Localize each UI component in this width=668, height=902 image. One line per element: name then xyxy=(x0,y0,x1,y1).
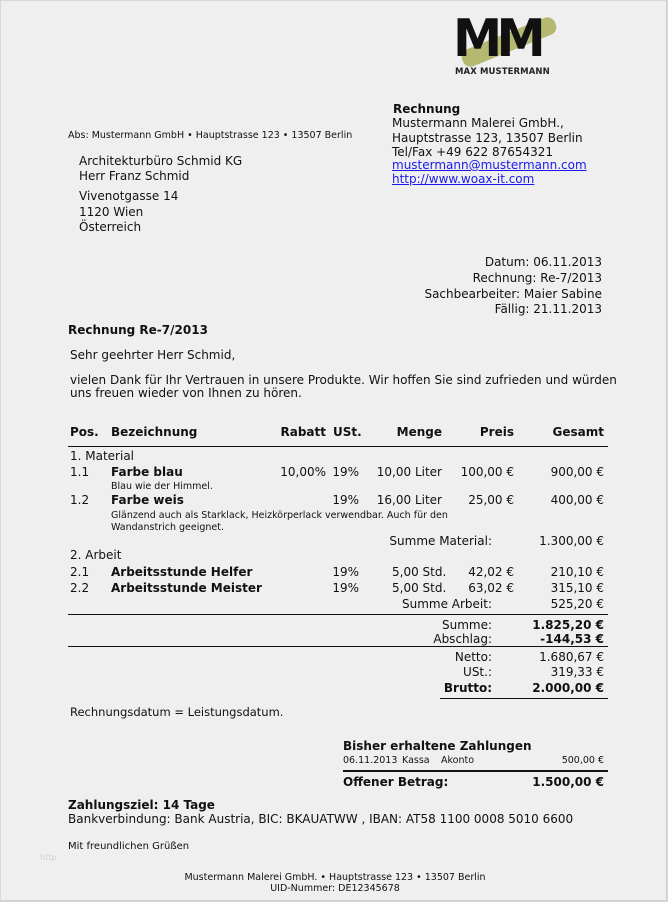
row-vat: 19% xyxy=(332,493,359,507)
logo-initials: MM xyxy=(453,9,540,69)
vat-label: USt.: xyxy=(463,665,492,679)
recipient-street: Vivenotgasse 14 xyxy=(79,189,178,203)
row-note: Blau wie der Himmel. xyxy=(111,481,213,492)
row-name: Farbe weis xyxy=(111,493,184,507)
header-pos: Pos. xyxy=(70,425,99,439)
subtotal-material-label: Summe Material: xyxy=(389,534,492,548)
row-quantity: 10,00 Liter xyxy=(377,465,442,479)
recipient-person: Herr Franz Schmid xyxy=(79,169,189,183)
discount-value: -144,53 € xyxy=(540,632,604,646)
payment-terms: Zahlungsziel: 14 Tage xyxy=(68,798,215,812)
row-quantity: 5,00 Std. xyxy=(392,581,446,595)
row-total: 400,00 € xyxy=(551,493,604,507)
header-vat: USt. xyxy=(333,425,362,439)
meta-invoice-number: Rechnung: Re-7/2013 xyxy=(473,271,602,285)
payment-amount: 500,00 € xyxy=(562,755,604,766)
subtotal-labor-label: Summe Arbeit: xyxy=(402,597,492,611)
open-amount-label: Offener Betrag: xyxy=(343,775,448,789)
row-name: Arbeitsstunde Helfer xyxy=(111,565,252,579)
issuer-website-link[interactable]: http://www.woax-it.com xyxy=(392,172,534,186)
footer-company-line: Mustermann Malerei GmbH. • Hauptstrasse … xyxy=(1,872,668,883)
intro-text-line-1: vielen Dank für Ihr Vertrauen in unsere … xyxy=(70,373,617,387)
row-note-continued: Wandanstrich geeignet. xyxy=(111,522,224,533)
row-vat: 19% xyxy=(332,565,359,579)
payments-heading: Bisher erhaltene Zahlungen xyxy=(343,739,532,753)
row-name: Farbe blau xyxy=(111,465,183,479)
issuer-phone: Tel/Fax +49 622 87654321 xyxy=(392,145,553,159)
gross-underline xyxy=(440,698,608,699)
table-end-divider xyxy=(68,614,608,615)
row-price: 100,00 € xyxy=(461,465,514,479)
row-pos: 1.1 xyxy=(70,465,89,479)
meta-date: Datum: 06.11.2013 xyxy=(485,255,602,269)
row-vat: 19% xyxy=(332,465,359,479)
invoice-title: Rechnung Re-7/2013 xyxy=(68,323,208,337)
subtotal-material-value: 1.300,00 € xyxy=(539,534,604,548)
issuer-heading: Rechnung xyxy=(393,102,460,116)
row-quantity: 16,00 Liter xyxy=(377,493,442,507)
header-total: Gesamt xyxy=(553,425,604,439)
meta-clerk: Sachbearbeiter: Maier Sabine xyxy=(424,287,602,301)
group-title-labor: 2. Arbeit xyxy=(70,548,121,562)
logo-name: MAX MUSTERMANN xyxy=(455,67,550,77)
bank-details: Bankverbindung: Bank Austria, BIC: BKAUA… xyxy=(68,812,573,826)
row-total: 900,00 € xyxy=(551,465,604,479)
recipient-country: Österreich xyxy=(79,220,141,234)
subtotal-labor-value: 525,20 € xyxy=(551,597,604,611)
header-description: Bezeichnung xyxy=(111,425,197,439)
payment-date: 06.11.2013 xyxy=(343,755,397,766)
row-price: 42,02 € xyxy=(468,565,514,579)
net-label: Netto: xyxy=(455,650,492,664)
discount-label: Abschlag: xyxy=(433,632,492,646)
row-price: 25,00 € xyxy=(468,493,514,507)
invoice-note: Rechnungsdatum = Leistungsdatum. xyxy=(70,705,283,719)
recipient-company: Architekturbüro Schmid KG xyxy=(79,154,242,168)
greeting: Sehr geehrter Herr Schmid, xyxy=(70,348,235,362)
closing-greeting: Mit freundlichen Grüßen xyxy=(68,841,189,852)
net-value: 1.680,67 € xyxy=(539,650,604,664)
issuer-company: Mustermann Malerei GmbH., xyxy=(392,116,564,130)
header-divider xyxy=(68,446,608,447)
row-pos: 1.2 xyxy=(70,493,89,507)
row-total: 315,10 € xyxy=(551,581,604,595)
sum-label: Summe: xyxy=(442,618,492,632)
group-title-material: 1. Material xyxy=(70,449,134,463)
row-quantity: 5,00 Std. xyxy=(392,565,446,579)
gross-value: 2.000,00 € xyxy=(532,681,604,695)
watermark-text: http xyxy=(40,853,56,862)
header-quantity: Menge xyxy=(397,425,442,439)
sum-value: 1.825,20 € xyxy=(532,618,604,632)
sender-line: Abs: Mustermann GmbH • Hauptstrasse 123 … xyxy=(68,130,352,141)
row-note: Glänzend auch als Starklack, Heizkörperl… xyxy=(111,510,448,521)
row-total: 210,10 € xyxy=(551,565,604,579)
row-discount: 10,00% xyxy=(280,465,326,479)
row-price: 63,02 € xyxy=(468,581,514,595)
payment-type: Akonto xyxy=(441,755,474,766)
recipient-city: 1120 Wien xyxy=(79,205,143,219)
row-pos: 2.1 xyxy=(70,565,89,579)
totals-divider xyxy=(68,646,608,647)
company-logo: MM MAX MUSTERMANN xyxy=(453,15,559,81)
vat-value: 319,33 € xyxy=(551,665,604,679)
header-price: Preis xyxy=(480,425,514,439)
meta-due-date: Fällig: 21.11.2013 xyxy=(495,302,602,316)
header-discount: Rabatt xyxy=(281,425,327,439)
payments-divider xyxy=(343,770,608,772)
row-vat: 19% xyxy=(332,581,359,595)
gross-label: Brutto: xyxy=(444,681,492,695)
invoice-page: MM MAX MUSTERMANN Abs: Mustermann GmbH •… xyxy=(1,1,667,901)
row-pos: 2.2 xyxy=(70,581,89,595)
issuer-email-link[interactable]: mustermann@mustermann.com xyxy=(392,158,587,172)
open-amount-value: 1.500,00 € xyxy=(532,775,604,789)
payment-method: Kassa xyxy=(402,755,430,766)
footer-uid-line: UID-Nummer: DE12345678 xyxy=(1,883,668,894)
issuer-address: Hauptstrasse 123, 13507 Berlin xyxy=(392,131,583,145)
intro-text-line-2: uns freuen wieder von Ihnen zu hören. xyxy=(70,386,302,400)
row-name: Arbeitsstunde Meister xyxy=(111,581,262,595)
